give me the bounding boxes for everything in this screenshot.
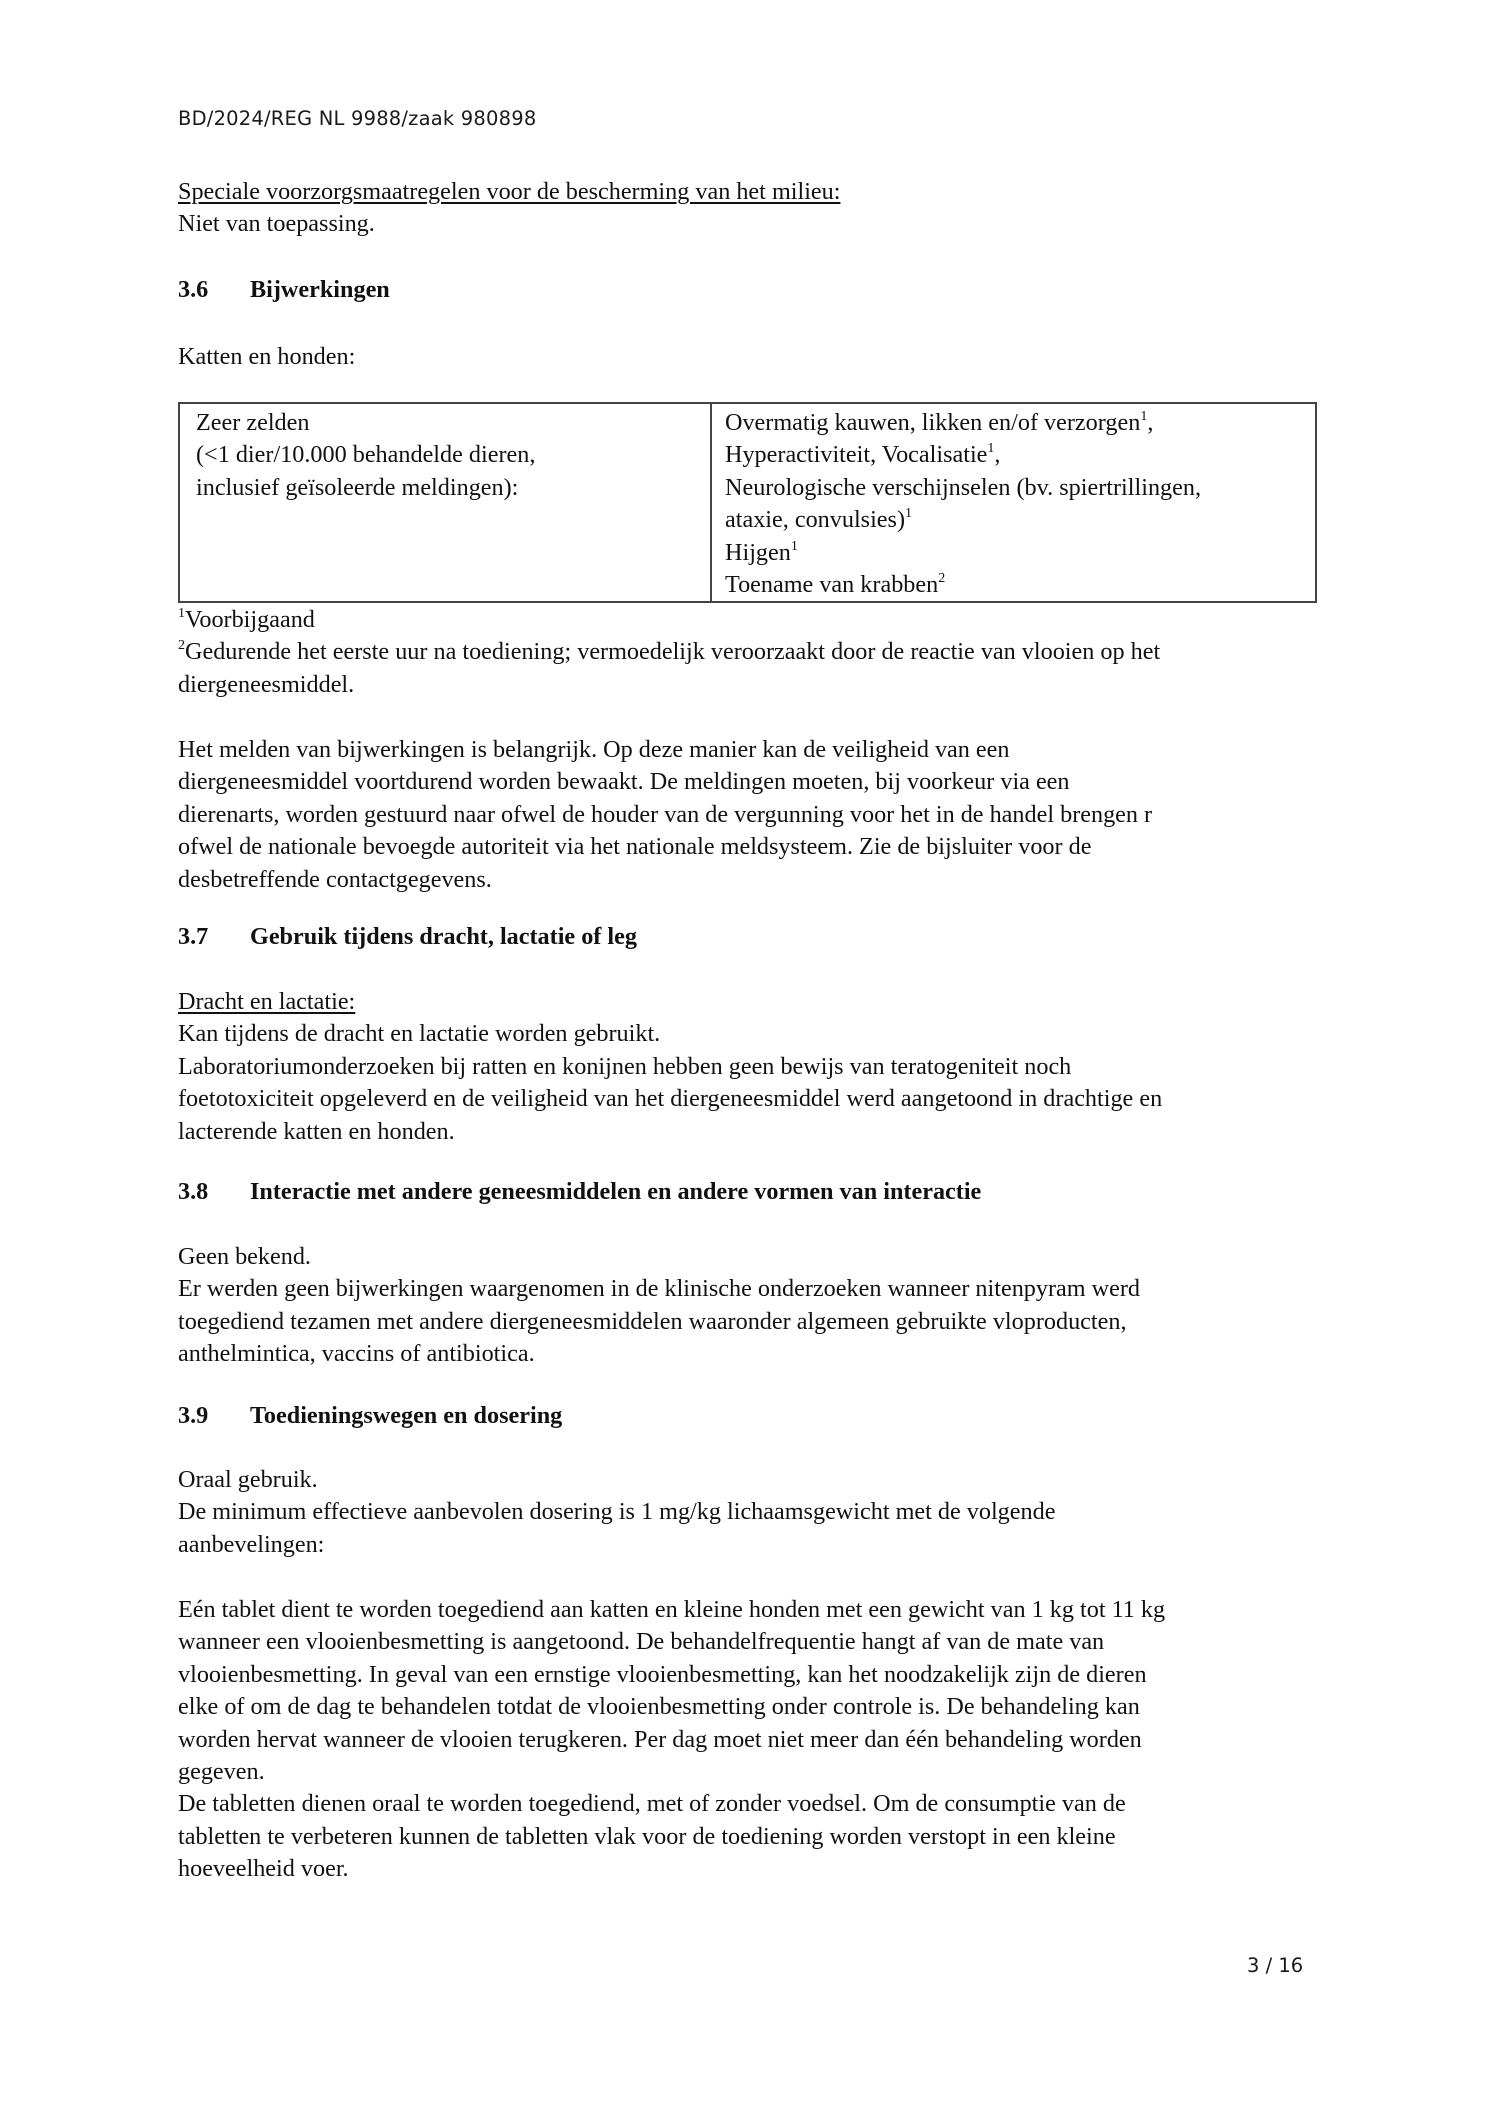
section-heading-3-6: 3.6Bijwerkingen	[178, 274, 1318, 306]
page-number: 3 / 16	[1247, 1954, 1303, 1977]
species-label: Katten en honden:	[178, 341, 1318, 373]
section-3-9-dosing: Eén tablet dient te worden toegediend aa…	[178, 1594, 1318, 1886]
paragraph-line: elke of om de dag te behandelen totdat d…	[178, 1691, 1318, 1723]
section-3-9-intro: Oraal gebruik. De minimum effectieve aan…	[178, 1464, 1318, 1561]
paragraph-line: Eén tablet dient te worden toegediend aa…	[178, 1594, 1318, 1626]
paragraph-line: Kan tijdens de dracht en lactatie worden…	[178, 1018, 1318, 1050]
paragraph-line: Laboratoriumonderzoeken bij ratten en ko…	[178, 1051, 1318, 1083]
section-heading-3-8: 3.8Interactie met andere geneesmiddelen …	[178, 1176, 1318, 1208]
document-reference-header: BD/2024/REG NL 9988/zaak 980898	[178, 107, 536, 130]
paragraph-line: foetotoxiciteit opgeleverd en de veiligh…	[178, 1083, 1318, 1115]
table-footnotes: 1Voorbijgaand 2Gedurende het eerste uur …	[178, 604, 1318, 701]
environment-precautions-text: Niet van toepassing.	[178, 208, 1318, 240]
paragraph-line: hoeveelheid voer.	[178, 1853, 1318, 1885]
section-title: Interactie met andere geneesmiddelen en …	[250, 1178, 981, 1205]
paragraph-line: diergeneesmiddel voortdurend worden bewa…	[178, 766, 1318, 798]
paragraph-line: dierenarts, worden gestuurd naar ofwel d…	[178, 799, 1318, 831]
effect-item: Overmatig kauwen, likken en/of verzorgen…	[725, 407, 1315, 439]
paragraph-line: De tabletten dienen oraal te worden toeg…	[178, 1788, 1318, 1820]
paragraph-line: desbetreffende contactgegevens.	[178, 864, 1318, 896]
section-number: 3.6	[178, 274, 250, 306]
section-heading-3-7: 3.7Gebruik tijdens dracht, lactatie of l…	[178, 921, 1318, 953]
section-title: Toedieningswegen en dosering	[250, 1402, 562, 1429]
section-heading-3-9: 3.9Toedieningswegen en dosering	[178, 1400, 1318, 1432]
paragraph-line: Oraal gebruik.	[178, 1464, 1318, 1496]
footnote-1: 1Voorbijgaand	[178, 604, 1318, 636]
footnote-2-continued: diergeneesmiddel.	[178, 669, 1318, 701]
effect-item: Toename van krabben2	[725, 569, 1315, 601]
table-row: Zeer zelden (<1 dier/10.000 behandelde d…	[179, 403, 1316, 602]
paragraph-line: anthelmintica, vaccins of antibiotica.	[178, 1338, 1318, 1370]
footnote-2: 2Gedurende het eerste uur na toediening;…	[178, 636, 1318, 668]
reporting-paragraph: Het melden van bijwerkingen is belangrij…	[178, 734, 1318, 896]
paragraph-line: tabletten te verbeteren kunnen de tablet…	[178, 1821, 1318, 1853]
environment-precautions-block: Speciale voorzorgsmaatregelen voor de be…	[178, 176, 1318, 241]
environment-precautions-label: Speciale voorzorgsmaatregelen voor de be…	[178, 176, 1318, 208]
paragraph-line: vlooienbesmetting. In geval van een erns…	[178, 1659, 1318, 1691]
paragraph-line: Het melden van bijwerkingen is belangrij…	[178, 734, 1318, 766]
document-page: BD/2024/REG NL 9988/zaak 980898 Speciale…	[0, 0, 1494, 2112]
paragraph-line: ofwel de nationale bevoegde autoriteit v…	[178, 831, 1318, 863]
frequency-line: Zeer zelden	[196, 407, 710, 439]
paragraph-line: Er werden geen bijwerkingen waargenomen …	[178, 1273, 1318, 1305]
effect-item: ataxie, convulsies)1	[725, 504, 1315, 536]
adverse-events-table: Zeer zelden (<1 dier/10.000 behandelde d…	[178, 402, 1317, 603]
frequency-cell: Zeer zelden (<1 dier/10.000 behandelde d…	[179, 403, 711, 602]
section-number: 3.9	[178, 1400, 250, 1432]
effects-cell: Overmatig kauwen, likken en/of verzorgen…	[711, 403, 1316, 602]
frequency-line: (<1 dier/10.000 behandelde dieren,	[196, 439, 710, 471]
section-number: 3.8	[178, 1176, 250, 1208]
paragraph-line: lacterende katten en honden.	[178, 1116, 1318, 1148]
section-number: 3.7	[178, 921, 250, 953]
section-3-7-body: Dracht en lactatie: Kan tijdens de drach…	[178, 986, 1318, 1148]
section-3-8-body: Geen bekend. Er werden geen bijwerkingen…	[178, 1241, 1318, 1371]
effect-item: Hijgen1	[725, 537, 1315, 569]
paragraph-line: toegediend tezamen met andere diergenees…	[178, 1306, 1318, 1338]
section-title: Gebruik tijdens dracht, lactatie of leg	[250, 923, 637, 950]
paragraph-line: worden hervat wanneer de vlooien terugke…	[178, 1724, 1318, 1756]
paragraph-line: wanneer een vlooienbesmetting is aangeto…	[178, 1626, 1318, 1658]
effect-item: Hyperactiviteit, Vocalisatie1,	[725, 439, 1315, 471]
paragraph-line: Geen bekend.	[178, 1241, 1318, 1273]
paragraph-line: aanbevelingen:	[178, 1529, 1318, 1561]
section-title: Bijwerkingen	[250, 276, 390, 303]
paragraph-line: De minimum effectieve aanbevolen doserin…	[178, 1496, 1318, 1528]
effect-item: Neurologische verschijnselen (bv. spiert…	[725, 472, 1315, 504]
paragraph-line: gegeven.	[178, 1756, 1318, 1788]
pregnancy-lactation-label: Dracht en lactatie:	[178, 986, 1318, 1018]
frequency-line: inclusief geïsoleerde meldingen):	[196, 472, 710, 504]
